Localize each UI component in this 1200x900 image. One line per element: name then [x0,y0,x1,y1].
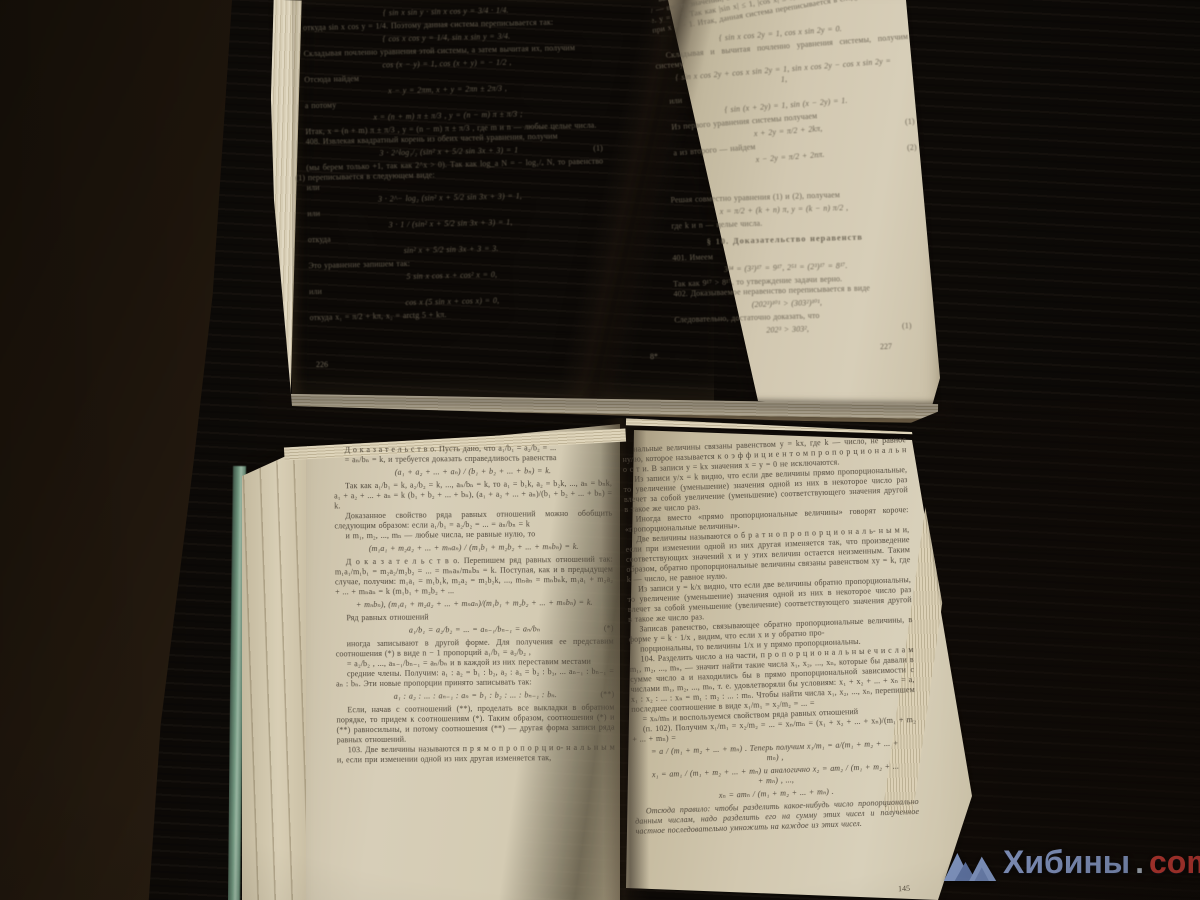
mountains-logo-icon [942,840,998,884]
book-top-right-page-text-lower: Решая совместно уравнения (1) и (2), пол… [659,188,912,364]
text-paragraph: Ряд равных отношений [335,611,613,624]
equation-label: (1) [593,144,603,154]
book-bottom-right-page-text: нальные величины связаны равенством y = … [622,435,922,900]
text-paragraph: Отсюда правило: чтобы разделить какое-ни… [635,797,920,837]
text-paragraph: 104. Разделить число a на части, п р о п… [629,645,915,715]
text-equation: (a₁ + a₂ + ... + aₙ) / (b₁ + b₂ + ... + … [334,466,612,479]
text-paragraph: Так как a₁/b₁ = k, a₂/b₂ = k, ..., aₙ/bₙ… [334,479,612,512]
right-shadow-area [930,400,1200,900]
equation-label: (*) [604,624,614,634]
equation-label: (2) [907,143,917,154]
equation-label: (1) [905,117,915,128]
text-paragraph: и m₁, m₂, ..., mₙ — любые числа, не равн… [335,529,613,542]
text-paragraph: средние члены. Получим: a₁ : a₂ = b₁ : b… [336,667,614,690]
text-paragraph: = aₙ/bₙ = k, и требуется доказать справе… [334,453,612,466]
watermark-khibiny: Хибины.com [942,840,1200,884]
watermark-tld: com [1149,844,1200,881]
signature-mark: 8* [650,352,658,361]
book-top-right-page-text-upper: вательно, sin y может принимать лишь зна… [650,0,919,195]
equation-label: (**) [600,690,614,700]
book-bottom: Д о к а з а т е л ь с т в о. Пусть дано,… [222,404,978,900]
text-equation: (m₁a₁ + m₂a₂ + ... + mₙaₙ) / (m₁b₁ + m₂b… [335,542,613,555]
page-number-227: 227 [880,342,892,351]
photo-scene: { sin x sin y · sin x cos y = 3/4 · 1/4.… [0,0,1200,900]
text-paragraph: 103. Две величины называются п р я м о п… [337,743,615,766]
text-equation: a₁/b₁ = a₂/b₂ = ... = aₙ₋₁/bₙ₋₁ = aₙ/bₙ(… [336,624,614,637]
watermark-site-name: Хибины [1003,844,1130,881]
book-bottom-left-page-text: Д о к а з а т е л ь с т в о. Пусть дано,… [334,443,617,900]
text-paragraph: Если, начав с соотношений (**), проделат… [336,703,614,746]
text-heading: § 10. Доказательство неравенств [661,231,909,249]
text-equation: + mₙbₙ), (m₁a₁ + m₂a₂ + ... + mₙaₙ)/(m₁b… [335,598,613,611]
page-number-226: 226 [316,360,328,369]
watermark-dot: . [1135,844,1144,881]
equation-label: (1) [902,321,912,331]
book-bottom-left-page-edges [242,446,308,900]
text-equation: a₁ : a₂ : ... : aₙ₋₁ : aₙ = b₁ : b₂ : ..… [336,690,614,703]
book-top-left-page-text: { sin x sin y · sin x cos y = 3/4 · 1/4.… [292,1,609,400]
text-paragraph: Д о к а з а т е л ь с т в о. Перепишем р… [335,555,613,598]
book-top: { sin x sin y · sin x cos y = 3/4 · 1/4.… [258,0,950,426]
page-number-145: 145 [898,884,910,893]
